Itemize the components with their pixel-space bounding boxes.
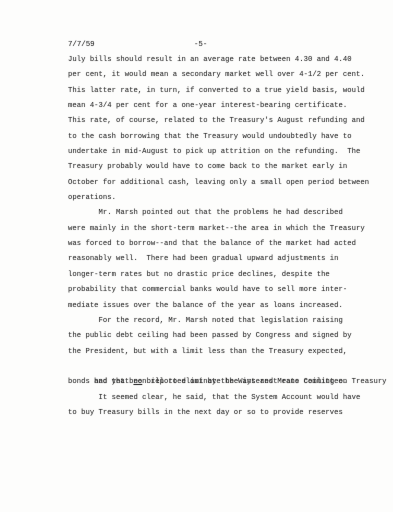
page-header: 7/7/59 -5- — [68, 38, 353, 53]
text-line: It seemed clear, he said, that the Syste… — [68, 391, 353, 406]
text-line: per cent, it would mean a secondary mark… — [68, 68, 353, 83]
text-line: Mr. Marsh pointed out that the problems … — [68, 206, 353, 221]
text-line: This latter rate, in turn, if converted … — [68, 84, 353, 99]
text-line: operations. — [68, 191, 353, 206]
text-line: reasonably well. There had been gradual … — [68, 252, 353, 267]
text-line: the President, but with a limit less tha… — [68, 345, 353, 360]
text-line: to buy Treasury bills in the next day or… — [68, 406, 353, 421]
text-line: undertake in mid-August to pick up attri… — [68, 145, 353, 160]
text-line: was forced to borrow--and that the balan… — [68, 237, 353, 252]
text-line: were mainly in the short-term market--th… — [68, 222, 353, 237]
document-page: 7/7/59 -5- July bills should result in a… — [0, 0, 393, 512]
text-line: and that no bill to eliminate the intere… — [68, 360, 353, 375]
text-line: For the record, Mr. Marsh noted that leg… — [68, 314, 353, 329]
text-line: probability that commercial banks would … — [68, 283, 353, 298]
date-label: 7/7/59 — [68, 38, 95, 53]
text-line: October for additional cash, leaving onl… — [68, 176, 353, 191]
text-line: to the cash borrowing that the Treasury … — [68, 130, 353, 145]
text-line: mediate issues over the balance of the y… — [68, 299, 353, 314]
page-number: -5- — [194, 38, 207, 53]
document-text: July bills should result in an average r… — [68, 53, 353, 421]
text-line: Treasury probably would have to come bac… — [68, 160, 353, 175]
text-line: mean 4-3/4 per cent for a one-year inter… — [68, 99, 353, 114]
text-line: the public debt ceiling had been passed … — [68, 329, 353, 344]
text-line: longer-term rates but no drastic price d… — [68, 268, 353, 283]
text-line: bonds had yet been reported out by the W… — [68, 375, 353, 390]
text-line: July bills should result in an average r… — [68, 53, 353, 68]
text-line: This rate, of course, related to the Tre… — [68, 114, 353, 129]
